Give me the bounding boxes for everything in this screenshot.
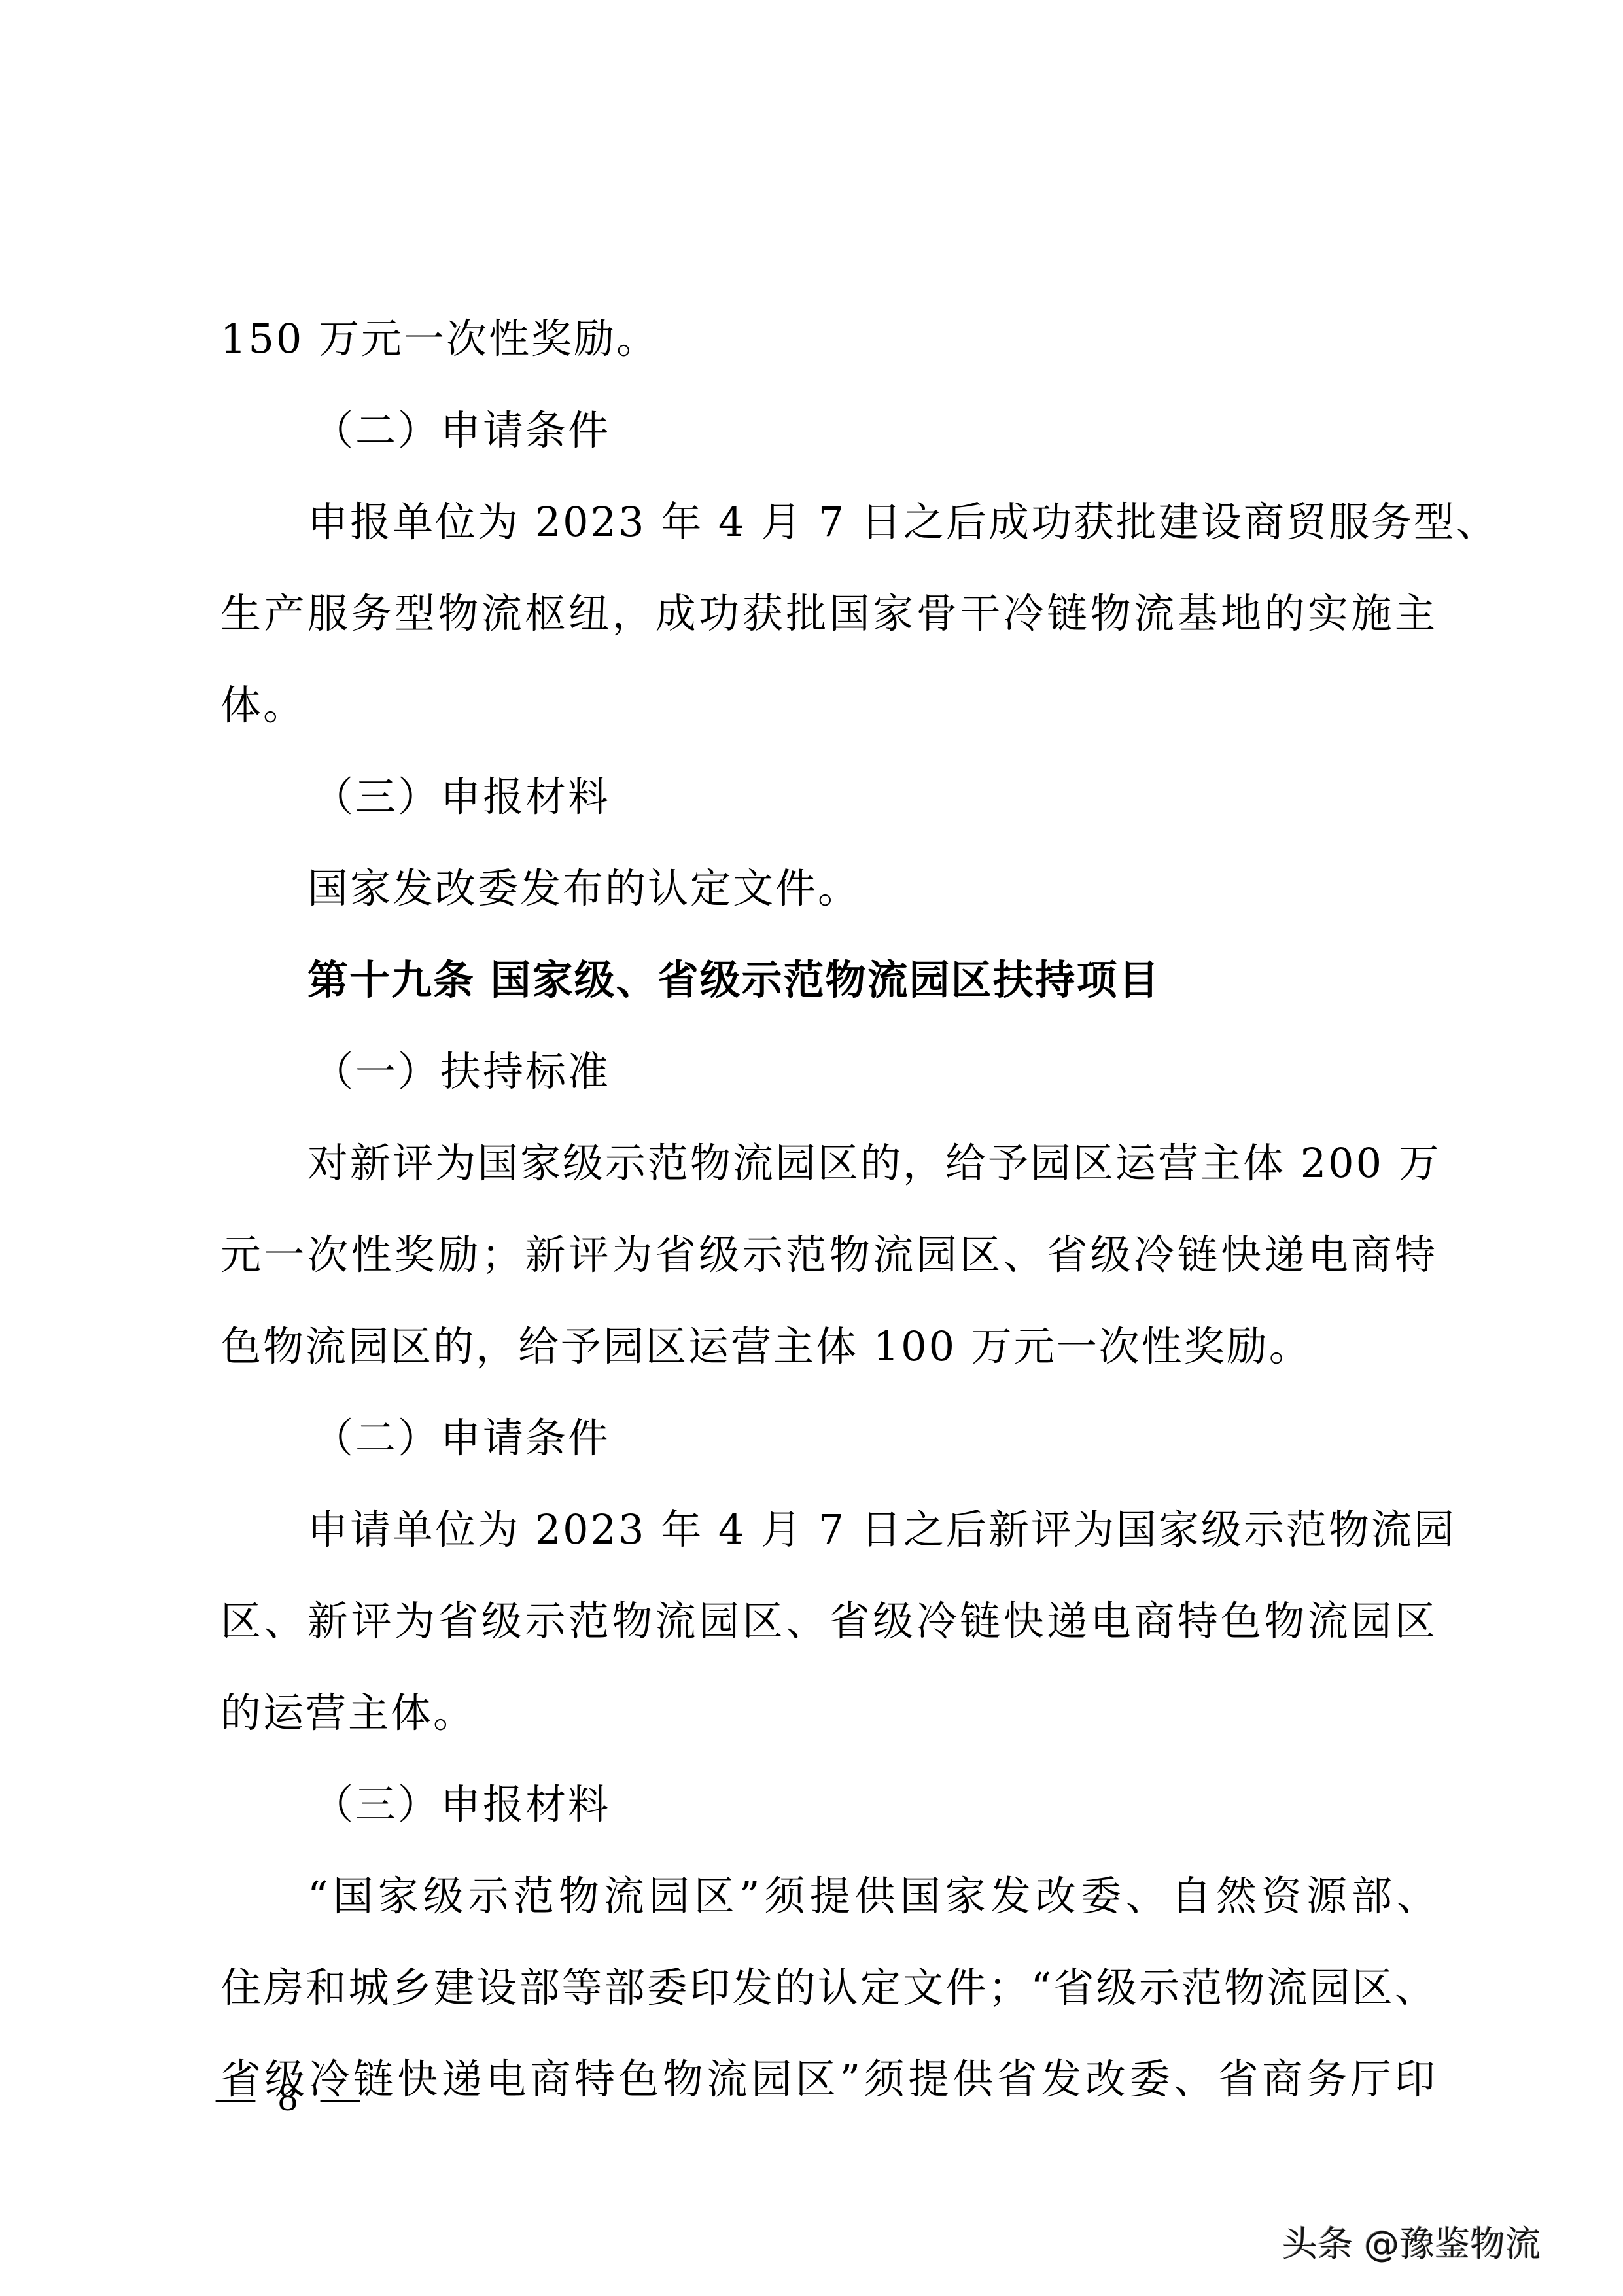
subheading-application-conditions: （二）申请条件 <box>313 1412 1529 1464</box>
body-text-line: 150 万元一次性奖励。 <box>220 313 1437 365</box>
article-heading-19: 第十九条 国家级、省级示范物流园区扶持项目 <box>307 954 1439 1006</box>
page-number: — 8 — <box>216 2071 366 2123</box>
body-text-line: 申请单位为 2023 年 4 月 7 日之后新评为国家级示范物流园 <box>307 1504 1439 1556</box>
body-text-line: 省级冷链快递电商特色物流园区”须提供省发改委、省商务厅印 <box>220 2053 1437 2106</box>
body-text-line: 区、新评为省级示范物流园区、省级冷链快递电商特色物流园区 <box>220 1595 1437 1648</box>
body-text-line: 住房和城乡建设部等部委印发的认定文件；“省级示范物流园区、 <box>220 1962 1437 2014</box>
subheading-application-materials: （三）申报材料 <box>313 1778 1529 1831</box>
body-text-line: 生产服务型物流枢纽，成功获批国家骨干冷链物流基地的实施主 <box>220 588 1437 640</box>
subheading-application-conditions: （二）申请条件 <box>313 404 1529 457</box>
body-text-line: 元一次性奖励；新评为省级示范物流园区、省级冷链快递电商特 <box>220 1229 1437 1281</box>
body-text-line: 对新评为国家级示范物流园区的，给予园区运营主体 200 万 <box>307 1137 1439 1190</box>
subheading-support-standard: （一）扶持标准 <box>313 1046 1529 1098</box>
body-text-line: 的运营主体。 <box>220 1687 1437 1739</box>
body-text-line: 体。 <box>220 679 1437 732</box>
body-text-line: “国家级示范物流园区”须提供国家发改委、自然资源部、 <box>307 1870 1439 1922</box>
subheading-application-materials: （三）申报材料 <box>313 771 1529 823</box>
body-text-line: 国家发改委发布的认定文件。 <box>307 862 1439 915</box>
body-text-line: 色物流园区的，给予园区运营主体 100 万元一次性奖励。 <box>220 1320 1437 1373</box>
watermark: 头条 @豫鉴物流 <box>1282 2221 1541 2267</box>
body-text-line: 申报单位为 2023 年 4 月 7 日之后成功获批建设商贸服务型、 <box>307 496 1439 548</box>
